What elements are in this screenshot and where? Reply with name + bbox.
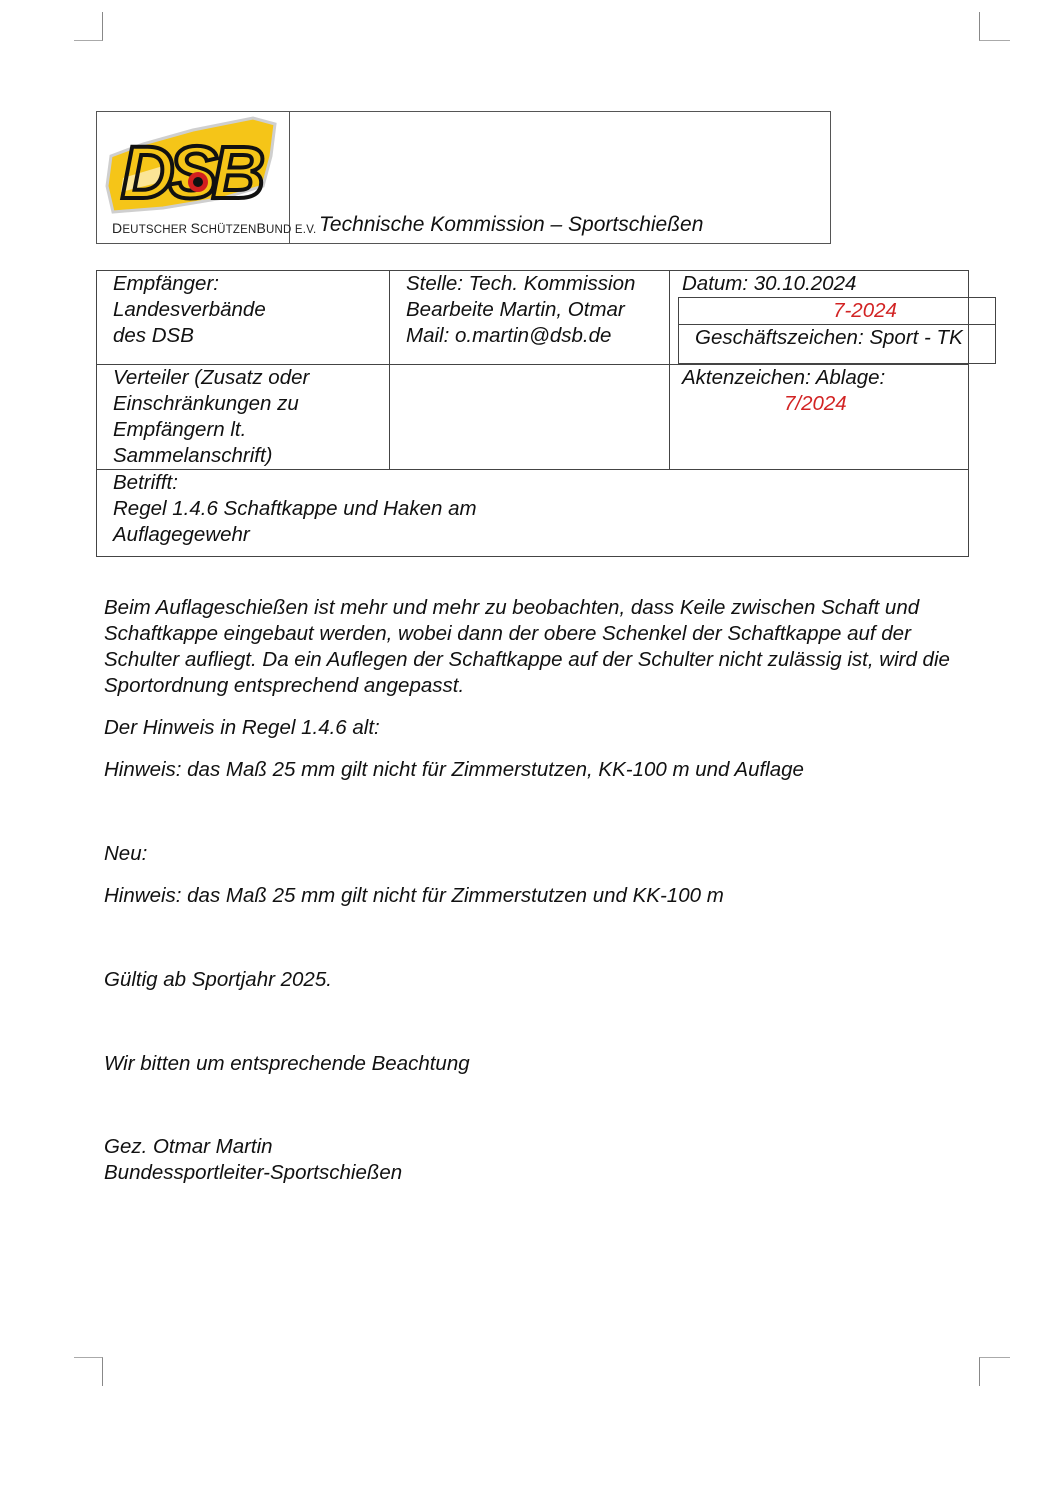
office-line: Stelle: Tech. Kommission [406, 271, 669, 297]
file-ref-value: 7/2024 [682, 391, 968, 417]
office-line: Mail: o.martin@dsb.de [406, 323, 669, 349]
logo-subtitle: DEUTSCHER SCHÜTZENBUND E.V. [112, 220, 316, 236]
distribution-cell: Verteiler (Zusatz oder Einschränkungen z… [97, 365, 390, 470]
crop-mark-top-right [979, 12, 1010, 41]
intro-paragraph: Beim Auflageschießen ist mehr und mehr z… [104, 595, 954, 699]
letterhead-title: Technische Kommission – Sportschießen [319, 213, 703, 237]
subject-line: Regel 1.4.6 Schaftkappe und Haken am [113, 496, 968, 522]
signature: Gez. Otmar Martin [104, 1134, 954, 1160]
office-line: Bearbeite Martin, Otmar [406, 297, 669, 323]
file-ref-label: Aktenzeichen: Ablage: [682, 365, 968, 391]
business-ref: Geschäftszeichen: Sport - TK [679, 324, 995, 363]
valid-from: Gültig ab Sportjahr 2025. [104, 967, 954, 993]
request-text: Wir bitten um entsprechende Beachtung [104, 1051, 954, 1077]
distribution-line: Empfängern lt. [113, 417, 389, 443]
empty-cell [390, 365, 670, 470]
file-ref-cell: Aktenzeichen: Ablage: 7/2024 [670, 365, 969, 470]
reference-number: 7-2024 [679, 298, 995, 324]
dsb-logo: DSB DEUTSCHER SCHÜTZENBUND E.V. [97, 112, 290, 243]
distribution-line: Einschränkungen zu [113, 391, 389, 417]
old-rule-label: Der Hinweis in Regel 1.4.6 alt: [104, 715, 954, 741]
signature-role: Bundessportleiter-Sportschießen [104, 1160, 954, 1186]
subject-label: Betrifft: [113, 470, 968, 496]
recipient-cell: Empfänger: Landesverbände des DSB [97, 271, 390, 365]
old-rule-text: Hinweis: das Maß 25 mm gilt nicht für Zi… [104, 757, 954, 783]
svg-text:DSB: DSB [121, 131, 263, 214]
reference-box: 7-2024 Geschäftszeichen: Sport - TK [678, 297, 996, 364]
crop-mark-bottom-left [74, 1357, 103, 1386]
recipient-line: Landesverbände [113, 297, 389, 323]
date: Datum: 30.10.2024 [682, 271, 968, 297]
table-row: Empfänger: Landesverbände des DSB Stelle… [97, 271, 969, 365]
distribution-line: Verteiler (Zusatz oder [113, 365, 389, 391]
distribution-line: Sammelanschrift) [113, 443, 389, 469]
new-rule-text: Hinweis: das Maß 25 mm gilt nicht für Zi… [104, 883, 954, 909]
office-cell: Stelle: Tech. Kommission Bearbeite Marti… [390, 271, 670, 365]
new-rule-label: Neu: [104, 841, 954, 867]
subject-cell: Betrifft: Regel 1.4.6 Schaftkappe und Ha… [97, 470, 969, 557]
crop-mark-bottom-right [979, 1357, 1010, 1386]
dsb-logo-icon: DSB [103, 116, 279, 216]
subject-line: Auflagegewehr [113, 522, 968, 548]
table-row: Betrifft: Regel 1.4.6 Schaftkappe und Ha… [97, 470, 969, 557]
info-table: Empfänger: Landesverbände des DSB Stelle… [96, 270, 969, 557]
table-row: Verteiler (Zusatz oder Einschränkungen z… [97, 365, 969, 470]
recipient-line: des DSB [113, 323, 389, 349]
recipient-label: Empfänger: [113, 271, 389, 297]
crop-mark-top-left [74, 12, 103, 41]
date-cell: Datum: 30.10.2024 7-2024 Geschäftszeiche… [670, 271, 969, 365]
letterhead-title-cell: Technische Kommission – Sportschießen [290, 112, 830, 243]
letterhead: DSB DEUTSCHER SCHÜTZENBUND E.V. Technisc… [96, 111, 831, 244]
